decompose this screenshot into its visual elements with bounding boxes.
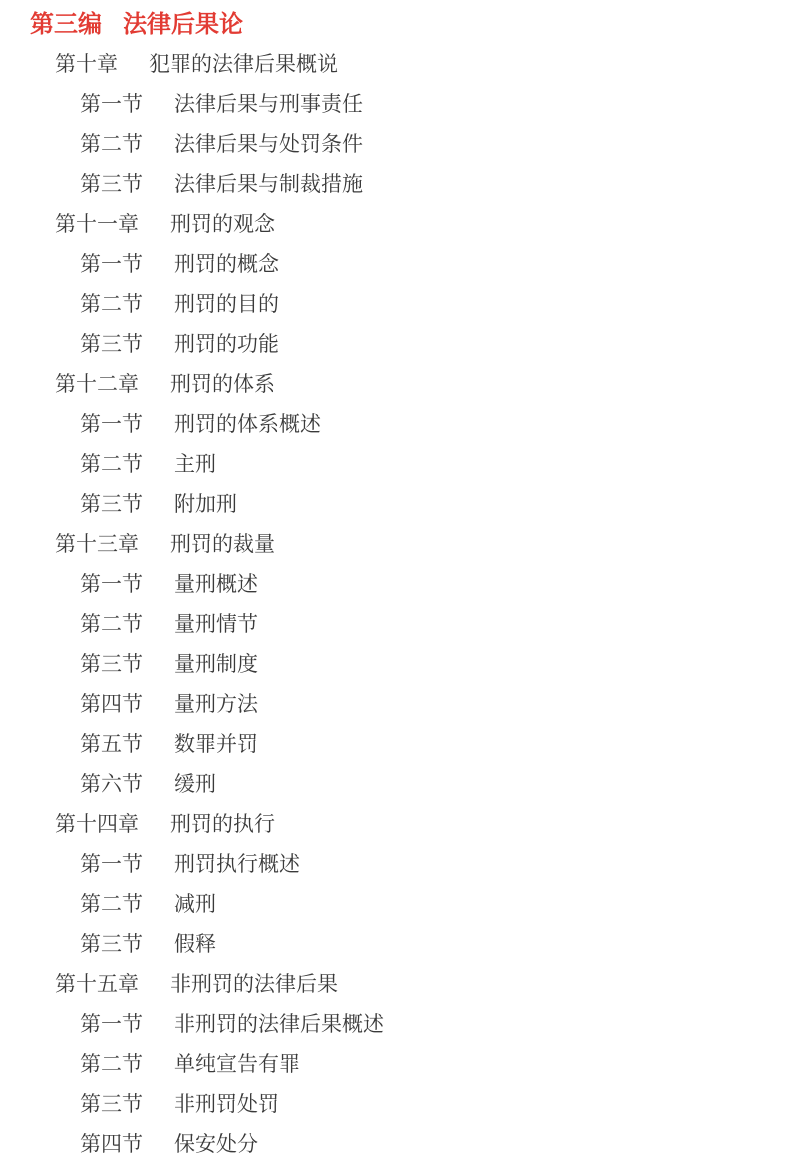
section-title: 刑罚执行概述 bbox=[174, 848, 300, 878]
section-title: 量刑情节 bbox=[174, 608, 258, 638]
chapter-title: 犯罪的法律后果概说 bbox=[149, 48, 338, 78]
section-number: 第二节 bbox=[80, 448, 143, 478]
section-title: 刑罚的体系概述 bbox=[174, 408, 321, 438]
toc-chapter-row[interactable]: 第十三章 刑罚的裁量 bbox=[0, 523, 790, 563]
section-title: 刑罚的概念 bbox=[174, 248, 279, 278]
section-title: 法律后果与刑事责任 bbox=[174, 88, 363, 118]
toc-section-row[interactable]: 第一节 非刑罚的法律后果概述 bbox=[0, 1003, 790, 1043]
chapter-number: 第十三章 bbox=[55, 528, 139, 558]
chapter-title: 非刑罚的法律后果 bbox=[170, 968, 338, 998]
section-number: 第五节 bbox=[80, 728, 143, 758]
section-title: 刑罚的功能 bbox=[174, 328, 279, 358]
section-number: 第二节 bbox=[80, 128, 143, 158]
section-title: 非刑罚的法律后果概述 bbox=[174, 1008, 384, 1038]
toc-section-row[interactable]: 第二节 法律后果与处罚条件 bbox=[0, 123, 790, 163]
toc-chapter-row[interactable]: 第十五章 非刑罚的法律后果 bbox=[0, 963, 790, 1003]
section-title: 非刑罚处罚 bbox=[174, 1088, 279, 1118]
chapter-title: 刑罚的执行 bbox=[170, 808, 275, 838]
toc-section-row[interactable]: 第二节 刑罚的目的 bbox=[0, 283, 790, 323]
section-number: 第三节 bbox=[80, 488, 143, 518]
section-number: 第二节 bbox=[80, 608, 143, 638]
section-number: 第一节 bbox=[80, 1008, 143, 1038]
chapter-title: 刑罚的裁量 bbox=[170, 528, 275, 558]
toc-section-row[interactable]: 第二节 主刑 bbox=[0, 443, 790, 483]
part-number: 第三编 bbox=[30, 4, 102, 39]
toc-section-row[interactable]: 第三节 法律后果与制裁措施 bbox=[0, 163, 790, 203]
chapter-title: 刑罚的观念 bbox=[170, 208, 275, 238]
section-title: 量刑方法 bbox=[174, 688, 258, 718]
toc-section-row[interactable]: 第三节 附加刑 bbox=[0, 483, 790, 523]
toc-section-row[interactable]: 第三节 非刑罚处罚 bbox=[0, 1083, 790, 1123]
section-number: 第一节 bbox=[80, 568, 143, 598]
toc-section-row[interactable]: 第一节 刑罚执行概述 bbox=[0, 843, 790, 883]
section-number: 第二节 bbox=[80, 288, 143, 318]
section-number: 第一节 bbox=[80, 88, 143, 118]
section-number: 第四节 bbox=[80, 1128, 143, 1158]
chapter-title: 刑罚的体系 bbox=[170, 368, 275, 398]
section-title: 假释 bbox=[174, 928, 216, 958]
section-number: 第三节 bbox=[80, 928, 143, 958]
toc-section-row[interactable]: 第二节 减刑 bbox=[0, 883, 790, 923]
toc-section-row[interactable]: 第一节 法律后果与刑事责任 bbox=[0, 83, 790, 123]
section-title: 减刑 bbox=[174, 888, 216, 918]
chapter-number: 第十章 bbox=[55, 48, 118, 78]
toc-section-row[interactable]: 第一节 刑罚的概念 bbox=[0, 243, 790, 283]
section-number: 第一节 bbox=[80, 408, 143, 438]
section-title: 量刑制度 bbox=[174, 648, 258, 678]
section-number: 第一节 bbox=[80, 248, 143, 278]
section-number: 第三节 bbox=[80, 168, 143, 198]
part-heading: 第三编 法律后果论 bbox=[0, 0, 790, 43]
toc-section-row[interactable]: 第五节 数罪并罚 bbox=[0, 723, 790, 763]
chapter-number: 第十四章 bbox=[55, 808, 139, 838]
section-number: 第六节 bbox=[80, 768, 143, 798]
toc-chapter-row[interactable]: 第十章 犯罪的法律后果概说 bbox=[0, 43, 790, 83]
chapter-number: 第十一章 bbox=[55, 208, 139, 238]
toc-chapter-row[interactable]: 第十四章 刑罚的执行 bbox=[0, 803, 790, 843]
toc-section-row[interactable]: 第四节 量刑方法 bbox=[0, 683, 790, 723]
section-title: 数罪并罚 bbox=[174, 728, 258, 758]
toc-chapter-row[interactable]: 第十一章 刑罚的观念 bbox=[0, 203, 790, 243]
section-title: 法律后果与制裁措施 bbox=[174, 168, 363, 198]
chapter-number: 第十二章 bbox=[55, 368, 139, 398]
toc-section-row[interactable]: 第三节 刑罚的功能 bbox=[0, 323, 790, 363]
section-title: 单纯宣告有罪 bbox=[174, 1048, 300, 1078]
chapter-number: 第十五章 bbox=[55, 968, 139, 998]
section-number: 第二节 bbox=[80, 888, 143, 918]
toc-section-row[interactable]: 第二节 量刑情节 bbox=[0, 603, 790, 643]
section-title: 保安处分 bbox=[174, 1128, 258, 1158]
toc-section-row[interactable]: 第二节 单纯宣告有罪 bbox=[0, 1043, 790, 1083]
toc-section-row[interactable]: 第三节 量刑制度 bbox=[0, 643, 790, 683]
section-title: 量刑概述 bbox=[174, 568, 258, 598]
section-number: 第一节 bbox=[80, 848, 143, 878]
section-number: 第四节 bbox=[80, 688, 143, 718]
section-number: 第三节 bbox=[80, 328, 143, 358]
section-number: 第三节 bbox=[80, 1088, 143, 1118]
section-number: 第三节 bbox=[80, 648, 143, 678]
section-title: 主刑 bbox=[174, 448, 216, 478]
toc-section-row[interactable]: 第一节 刑罚的体系概述 bbox=[0, 403, 790, 443]
toc-section-row[interactable]: 第一节 量刑概述 bbox=[0, 563, 790, 603]
toc-section-row[interactable]: 第四节 保安处分 bbox=[0, 1123, 790, 1162]
toc-chapter-row[interactable]: 第十二章 刑罚的体系 bbox=[0, 363, 790, 403]
section-title: 缓刑 bbox=[174, 768, 216, 798]
part-title: 法律后果论 bbox=[123, 4, 243, 39]
toc-section-row[interactable]: 第六节 缓刑 bbox=[0, 763, 790, 803]
toc-page: 第三编 法律后果论 第十章 犯罪的法律后果概说 第一节 法律后果与刑事责任 第二… bbox=[0, 0, 790, 1162]
section-number: 第二节 bbox=[80, 1048, 143, 1078]
section-title: 法律后果与处罚条件 bbox=[174, 128, 363, 158]
section-title: 刑罚的目的 bbox=[174, 288, 279, 318]
toc-section-row[interactable]: 第三节 假释 bbox=[0, 923, 790, 963]
section-title: 附加刑 bbox=[174, 488, 237, 518]
